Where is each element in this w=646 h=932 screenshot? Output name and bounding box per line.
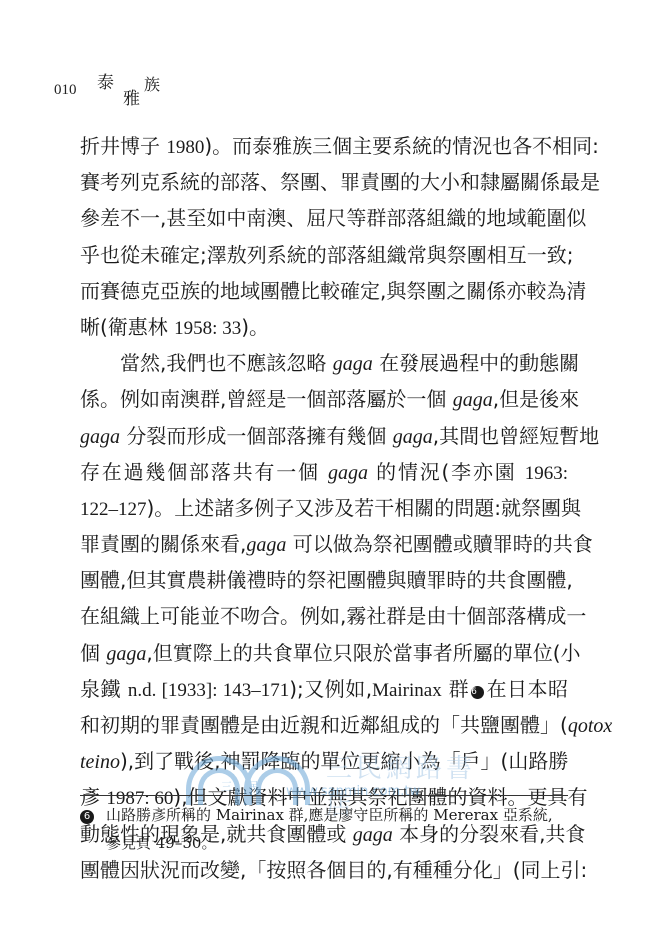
italic-term: gaga — [328, 462, 368, 484]
latin-text: n.d. [1933]: 143–171 — [128, 680, 289, 701]
text-run: )。而泰雅族三個主要系統的情況也各不相同: — [204, 134, 599, 158]
footnote-text: 參見頁 49–50。 — [106, 834, 216, 852]
italic-term: gaga — [393, 426, 433, 448]
text-run: );又例如, — [289, 677, 372, 701]
text-run: 係。例如南澳群,曾經是一個部落屬於一個 — [80, 387, 453, 411]
text-line: 折井博子 1980)。而泰雅族三個主要系統的情況也各不相同: — [80, 128, 568, 164]
running-title-char: 雅 — [123, 84, 140, 109]
italic-term: gaga — [106, 643, 146, 665]
text-run: ,但實際上的共食單位只限於當事者所屬的單位(小 — [146, 641, 580, 665]
text-line: 個 gaga,但實際上的共食單位只限於當事者所屬的單位(小 — [80, 635, 568, 671]
italic-term: gaga — [333, 353, 373, 375]
text-line: 團體因狀況而改變,「按照各個目的,有種種分化」(同上引: — [80, 852, 568, 888]
latin-text: 122–127 — [80, 499, 147, 520]
italic-term: qotox — [568, 715, 612, 737]
text-run: ,其間也曾經短暫地 — [433, 424, 599, 448]
text-run: ),到了戰後,神罰降臨的單位更縮小為「戶」(山路勝 — [120, 749, 568, 773]
text-run: 晰(衛惠林 — [80, 315, 174, 339]
text-run: 團體,但其實農耕儀禮時的祭祀團體與贖罪時的共食團體, — [80, 568, 573, 592]
footnote-ref-icon[interactable]: 6 — [471, 686, 484, 699]
text-line: 係。例如南澳群,曾經是一個部落屬於一個 gaga,但是後來 — [80, 381, 568, 417]
text-run: )。 — [241, 315, 269, 339]
italic-term: gaga — [80, 426, 120, 448]
text-line: 泉鐵 n.d. [1933]: 143–171);又例如,Mairinax 群6… — [80, 671, 568, 707]
footnote-line: 6山路勝彥所稱的 Mairinax 群,應是廖守臣所稱的 Mererax 亞系統… — [80, 801, 580, 829]
text-line: 而賽德克亞族的地域團體比較確定,與祭團之關係亦較為清 — [80, 273, 568, 309]
text-run: 當然,我們也不應該忽略 — [120, 351, 333, 375]
text-run: 分裂而形成一個部落擁有幾個 — [120, 424, 393, 448]
italic-term: gaga — [453, 389, 493, 411]
text-run: 在組織上可能並不吻合。例如,霧社群是由十個部落構成一 — [80, 604, 586, 628]
text-run: 泉鐵 — [80, 677, 128, 701]
italic-term: gaga — [246, 534, 286, 556]
text-line: 存在過幾個部落共有一個 gaga 的情況(李亦園 1963: — [80, 454, 568, 490]
footnote-text: 山路勝彥所稱的 Mairinax 群,應是廖守臣所稱的 Mererax 亞系統, — [106, 806, 553, 824]
text-run: 可以做為祭祀團體或贖罪時的共食 — [286, 532, 592, 556]
latin-text: 1980 — [166, 137, 204, 158]
text-line: 在組織上可能並不吻合。例如,霧社群是由十個部落構成一 — [80, 598, 568, 634]
text-line: 乎也從未確定;澤敖列系統的部落組織常與祭團相互一致; — [80, 237, 568, 273]
text-line: 參差不一,甚至如中南澳、屈尺等群部落組織的地域範圍似 — [80, 200, 568, 236]
text-run: 在日本昭 — [486, 677, 568, 701]
text-line: 團體,但其實農耕儀禮時的祭祀團體與贖罪時的共食團體, — [80, 562, 568, 598]
text-run: 參差不一,甚至如中南澳、屈尺等群部落組織的地域範圍似 — [80, 206, 586, 230]
running-title-char: 族 — [144, 72, 160, 95]
footnote-divider — [80, 795, 568, 796]
text-run: 存在過幾個部落共有一個 — [80, 460, 328, 484]
italic-term: teino — [80, 751, 120, 773]
text-run: 罪責團的關係來看, — [80, 532, 246, 556]
text-run: ,但是後來 — [493, 387, 579, 411]
text-line: teino),到了戰後,神罰降臨的單位更縮小為「戶」(山路勝 — [80, 743, 568, 779]
latin-text: Mairinax — [372, 680, 442, 701]
text-run: 個 — [80, 641, 106, 665]
text-run: 團體因狀況而改變,「按照各個目的,有種種分化」(同上引: — [80, 858, 587, 882]
footnote-line: 參見頁 49–50。 — [80, 829, 580, 857]
text-run: 賽考列克系統的部落、祭團、罪責團的大小和隸屬關係最是 — [80, 170, 600, 194]
latin-text: 1958: 33 — [174, 318, 241, 339]
text-run: 而賽德克亞族的地域團體比較確定,與祭團之關係亦較為清 — [80, 279, 586, 303]
latin-text: 1963: — [525, 463, 568, 484]
text-line: 賽考列克系統的部落、祭團、罪責團的大小和隸屬關係最是 — [80, 164, 568, 200]
footnote: 6山路勝彥所稱的 Mairinax 群,應是廖守臣所稱的 Mererax 亞系統… — [80, 801, 580, 857]
text-run: 的情況(李亦園 — [368, 460, 525, 484]
text-line: 當然,我們也不應該忽略 gaga 在發展過程中的動態關 — [80, 345, 568, 381]
text-run: )。上述諸多例子又涉及若干相關的問題:就祭團與 — [147, 496, 582, 520]
text-run: 和初期的罪責團體是由近親和近鄰組成的「共鹽團體」( — [80, 713, 568, 737]
text-line: 和初期的罪責團體是由近親和近鄰組成的「共鹽團體」(qotox — [80, 707, 568, 743]
text-line: gaga 分裂而形成一個部落擁有幾個 gaga,其間也曾經短暫地 — [80, 418, 568, 454]
text-line: 罪責團的關係來看,gaga 可以做為祭祀團體或贖罪時的共食 — [80, 526, 568, 562]
page-number: 010 — [54, 82, 77, 99]
body-text: 折井博子 1980)。而泰雅族三個主要系統的情況也各不相同:賽考列克系統的部落、… — [80, 128, 568, 888]
footnote-marker-icon: 6 — [80, 810, 94, 824]
running-title-char: 泰 — [97, 68, 114, 93]
text-line: 晰(衛惠林 1958: 33)。 — [80, 309, 568, 345]
text-run: 乎也從未確定;澤敖列系統的部落組織常與祭團相互一致; — [80, 243, 573, 267]
text-run: 群 — [442, 677, 469, 701]
text-run: 在發展過程中的動態關 — [373, 351, 579, 375]
text-run: 折井博子 — [80, 134, 166, 158]
text-line: 122–127)。上述諸多例子又涉及若干相關的問題:就祭團與 — [80, 490, 568, 526]
